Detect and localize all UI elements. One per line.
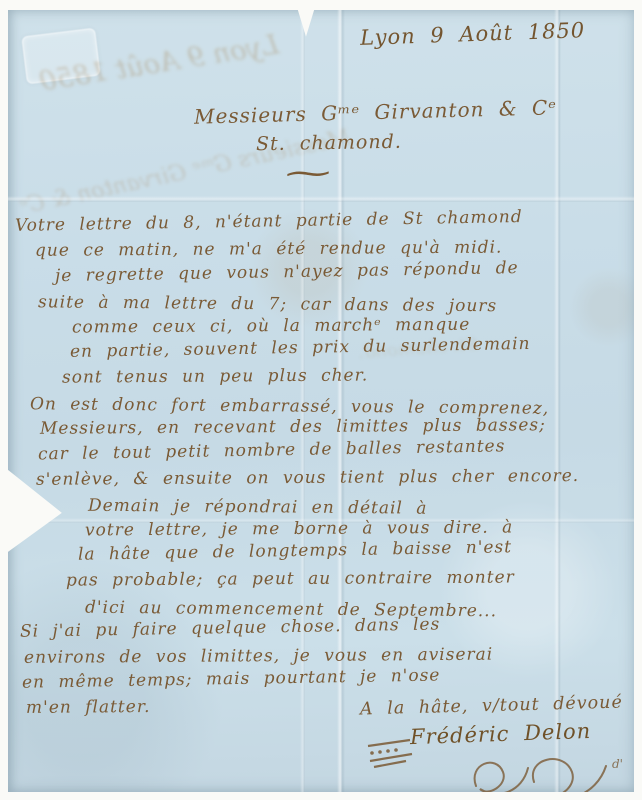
letter-body: Votre lettre du 8, n'étant partie de St … [8, 214, 634, 722]
letter-line: s'enlève, & ensuite on vous tient plus c… [8, 464, 634, 494]
embossed-stamp [21, 28, 100, 85]
signature-ornament [366, 738, 416, 772]
letter-line: Votre lettre du 8, n'étant partie de St … [8, 203, 634, 239]
letter-recipient: Messieurs Gᵐᵉ Girvanton & Cᵉ [194, 95, 558, 128]
signature-paraph-flourish: d' [470, 752, 630, 800]
address-flourish: ~ [280, 156, 338, 191]
letter-line: pas probable; ça peut au contraire monte… [8, 565, 634, 595]
letter-recipient-city: St. chamond. [256, 131, 402, 156]
paper-fold-horizontal [8, 196, 634, 202]
letter-line: sont tenus un peu plus cher. [8, 362, 634, 392]
signature-name: Frédéric Delon [410, 719, 592, 749]
svg-text:d': d' [612, 757, 623, 771]
letter-dateline: Lyon 9 Août 1850 [360, 18, 586, 50]
letter-paper-sheet: Lyon 9 Août 1850 Messieurs Gᵐᵉ Girvanton… [8, 10, 634, 792]
scanned-letter-image: Lyon 9 Août 1850 Messieurs Gᵐᵉ Girvanton… [0, 0, 642, 800]
